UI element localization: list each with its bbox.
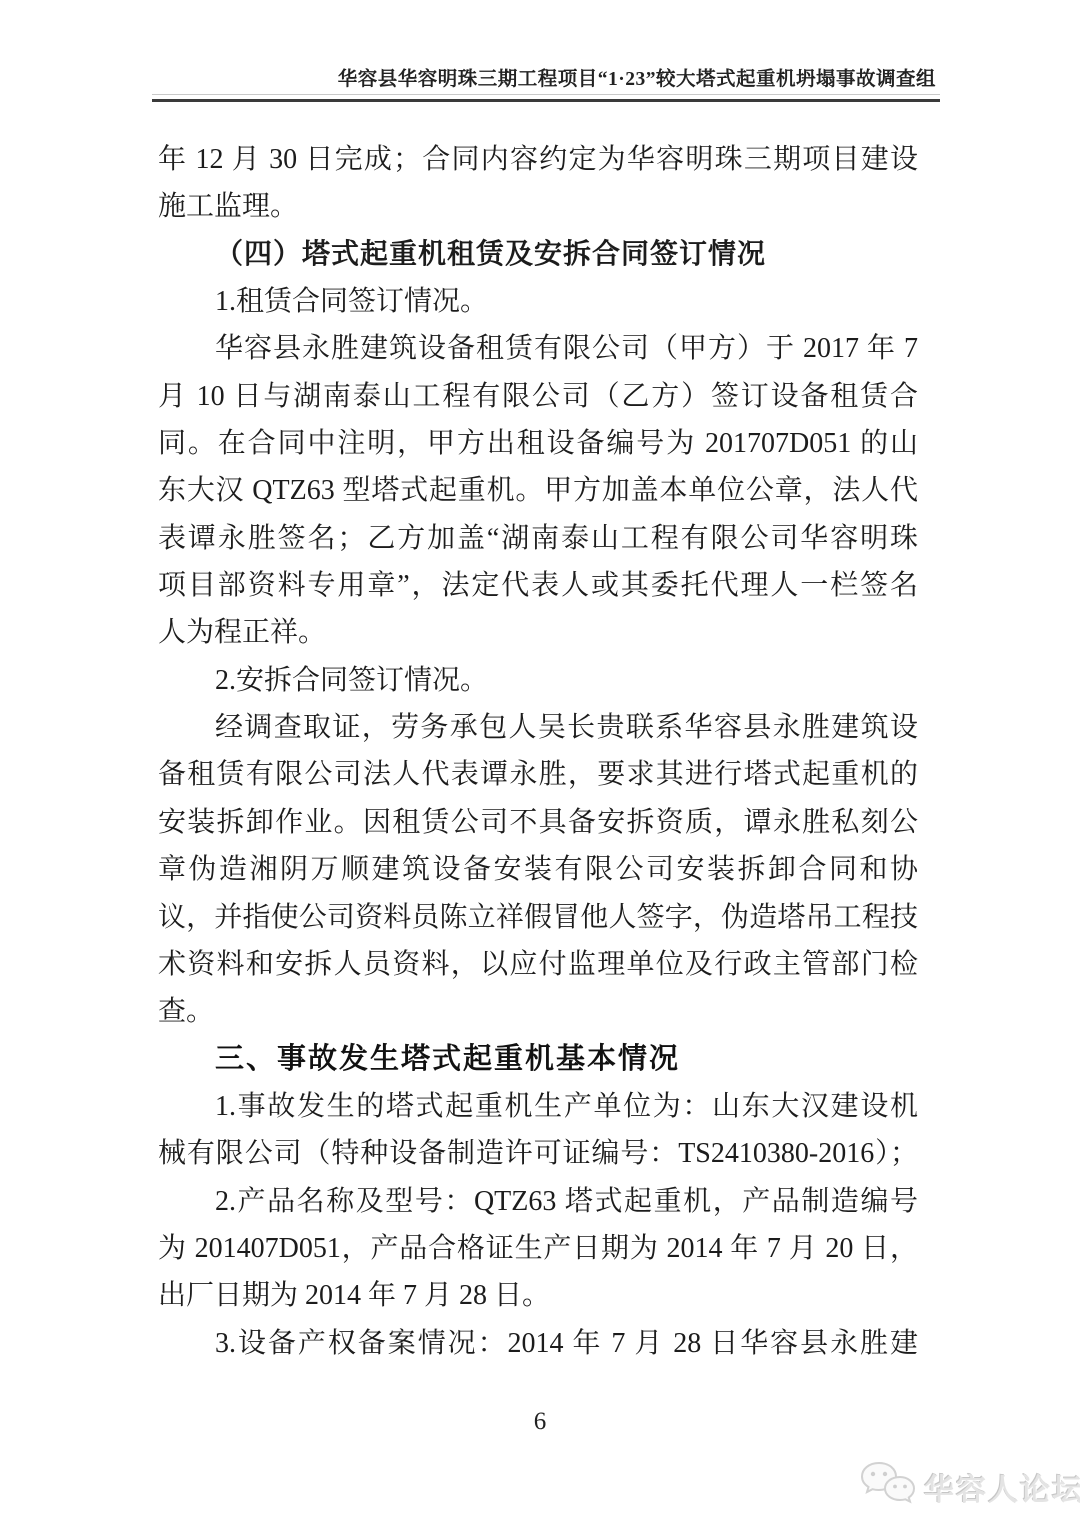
page-header-title: 华容县华容明珠三期工程项目“1·23”较大塔式起重机坍塌事故调查组 (150, 66, 936, 94)
header-rule-thin (152, 94, 940, 95)
body-line: 3.设备产权备案情况：2014 年 7 月 28 日华容县永胜建 (158, 1320, 918, 1367)
document-page: 华容县华容明珠三期工程项目“1·23”较大塔式起重机坍塌事故调查组 年 12 月… (0, 0, 1080, 1527)
watermark-label: 华容人论坛 (924, 1465, 1080, 1509)
body-line: 2.产品名称及型号：QTZ63 塔式起重机，产品制造编号 (158, 1178, 918, 1225)
subheading-1: 1.租赁合同签订情况。 (158, 278, 918, 325)
body-line: 月 10 日与湖南泰山工程有限公司（乙方）签订设备租赁合 (158, 373, 918, 420)
wechat-chat-bubbles-icon (858, 1459, 918, 1516)
body-line: 经调查取证，劳务承包人吴长贵联系华容县永胜建筑设 (158, 704, 918, 751)
body-line: 同。在合同中注明，甲方出租设备编号为 201707D051 的山 (158, 420, 918, 467)
body-line: 术资料和安拆人员资料，以应付监理单位及行政主管部门检 (158, 941, 918, 988)
header-rule-thick (152, 99, 940, 102)
body-line: 章伪造湘阴万顺建筑设备安装有限公司安装拆卸合同和协 (158, 846, 918, 893)
body-line: 备租赁有限公司法人代表谭永胜，要求其进行塔式起重机的 (158, 751, 918, 798)
subheading-2: 2.安拆合同签订情况。 (158, 657, 918, 704)
forum-watermark: 华容人论坛 (858, 1452, 1068, 1522)
body-line: 议，并指使公司资料员陈立祥假冒他人签字，伪造塔吊工程技 (158, 894, 918, 941)
body-line: 1.事故发生的塔式起重机生产单位为：山东大汉建设机 (158, 1083, 918, 1130)
body-line: 年 12 月 30 日完成；合同内容约定为华容明珠三期项目建设 (158, 136, 918, 183)
body-line: 械有限公司（特种设备制造许可证编号：TS2410380-2016）； (158, 1130, 918, 1177)
body-line: 查。 (158, 988, 918, 1035)
page-number: 6 (0, 1408, 1080, 1436)
chapter-heading-3: 三、事故发生塔式起重机基本情况 (158, 1036, 918, 1083)
body-line: 人为程正祥。 (158, 609, 918, 656)
body-line: 为 201407D051，产品合格证生产日期为 2014 年 7 月 20 日， (158, 1225, 918, 1272)
section-heading-4: （四）塔式起重机租赁及安拆合同签订情况 (158, 231, 918, 278)
body-line: 安装拆卸作业。因租赁公司不具备安拆资质，谭永胜私刻公 (158, 799, 918, 846)
body-line: 华容县永胜建筑设备租赁有限公司（甲方）于 2017 年 7 (158, 325, 918, 372)
body-line: 施工监理。 (158, 183, 918, 230)
body-line: 表谭永胜签名；乙方加盖“湖南泰山工程有限公司华容明珠 (158, 515, 918, 562)
body-line: 项目部资料专用章”，法定代表人或其委托代理人一栏签名 (158, 562, 918, 609)
body-line: 出厂日期为 2014 年 7 月 28 日。 (158, 1272, 918, 1319)
body-line: 东大汉 QTZ63 型塔式起重机。甲方加盖本单位公章，法人代 (158, 467, 918, 514)
document-body: 年 12 月 30 日完成；合同内容约定为华容明珠三期项目建设 施工监理。 （四… (158, 136, 918, 1367)
